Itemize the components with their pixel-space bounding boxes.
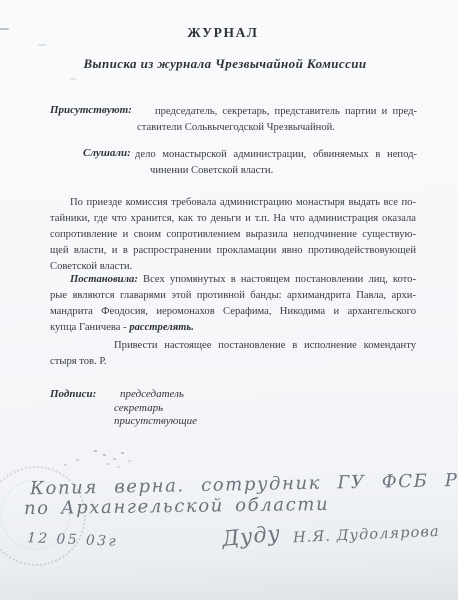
- presence-label: Присутствуют:: [50, 104, 132, 116]
- paragraph-line: щей власти, и в распространении проклама…: [50, 243, 416, 259]
- resolution-last-line: купца Ганичева - расстрелять.: [50, 320, 416, 336]
- resolution-line-rest: Всех упомянутых в настоящем постановлени…: [143, 274, 416, 285]
- signature-roles: председатель секретарь присутствующие: [114, 388, 197, 429]
- heard-text: дело монастырской администрации, обвиняе…: [135, 147, 417, 179]
- stamp-ink-speckles: [94, 450, 97, 452]
- scanned-document-page: ЖУРНАЛ Выписка из журнала Чрезвычайной К…: [0, 0, 458, 600]
- resolution-label: Постановила:: [70, 274, 138, 285]
- resolution-paragraph: Постановила: Всех упомянутых в настоящем…: [50, 272, 416, 336]
- document-title: ЖУРНАЛ: [0, 25, 446, 41]
- scan-artifact-dash: [70, 78, 76, 80]
- paragraph-line: тайники, где что хранится, как то деньги…: [50, 211, 416, 227]
- scan-artifact-dash: [38, 44, 46, 46]
- paragraph-line: Привести настоящее постановление в испол…: [50, 338, 416, 354]
- resolution-first-line: Постановила: Всех упомянутых в настоящем…: [50, 272, 416, 288]
- heard-line: дело монастырской администрации, обвиняе…: [135, 147, 417, 163]
- paragraph-line: стыря тов. Р.: [50, 354, 416, 370]
- paragraph-line: мандрита Феодосия, иеромонахов Серафима,…: [50, 304, 416, 320]
- paragraph-line: рые являются главарями этой противной ба…: [50, 288, 416, 304]
- signature-role: присутствующие: [114, 415, 197, 429]
- handwritten-name: Н.Я. Дудолярова: [293, 524, 440, 546]
- resolution-last-prefix: купца Ганичева -: [50, 322, 127, 333]
- presence-line: председатель, секретарь, представитель п…: [137, 104, 417, 120]
- heard-label: Слушали:: [83, 147, 131, 159]
- paragraph-line: сопротивление и своим сопротивлением выр…: [50, 227, 416, 243]
- heard-line: чинении Советской власти.: [150, 163, 417, 179]
- document-subtitle: Выписка из журнала Чрезвычайной Комиссии: [0, 56, 450, 72]
- presence-text: председатель, секретарь, представитель п…: [137, 104, 417, 136]
- handwritten-certification-line: по Архангельской области: [24, 494, 329, 519]
- presence-line: ставители Сольвычегодской Чрезвычайной.: [137, 120, 417, 136]
- handwritten-signature-flourish: Дуду: [221, 521, 282, 551]
- demand-paragraph: По приезде комиссия требовала администра…: [50, 195, 416, 275]
- signatures-label: Подписи:: [50, 388, 96, 400]
- resolution-verdict: расстрелять.: [129, 322, 194, 333]
- signature-role: секретарь: [114, 402, 197, 416]
- paragraph-line: По приезде комиссия требовала администра…: [50, 195, 416, 211]
- signature-role: председатель: [120, 388, 197, 402]
- execution-paragraph: Привести настоящее постановление в испол…: [50, 338, 416, 370]
